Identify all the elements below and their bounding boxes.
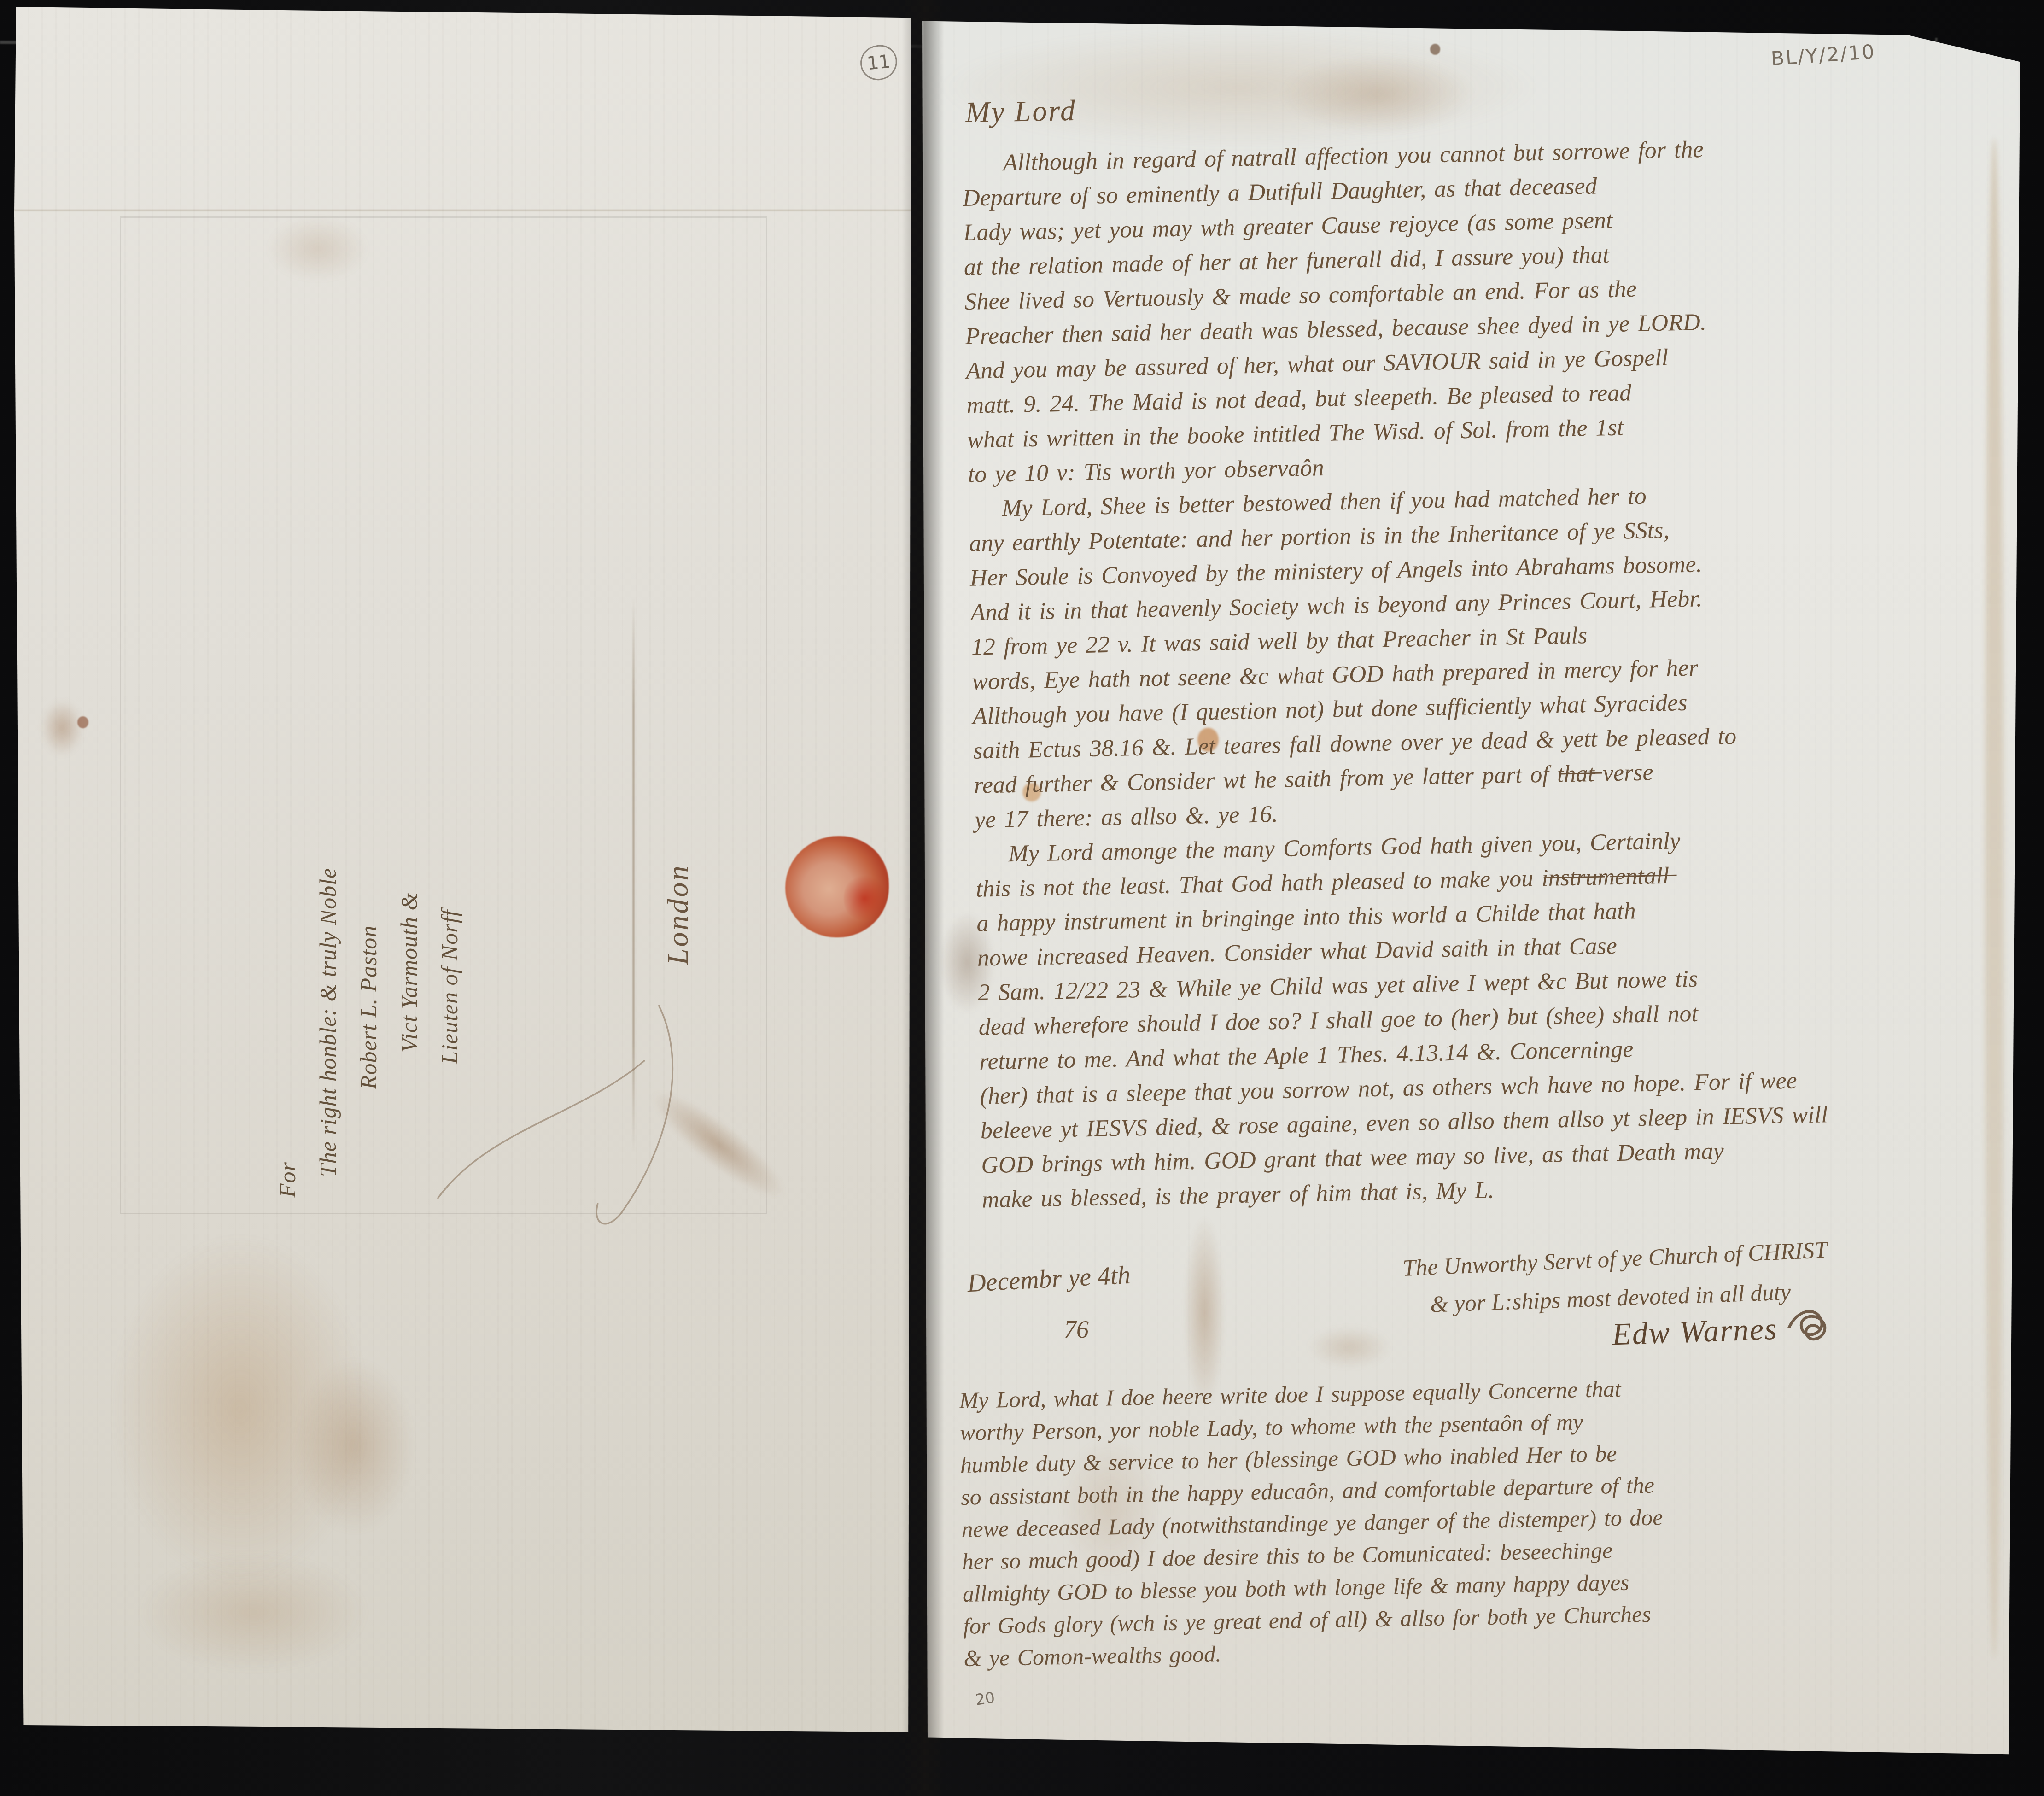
pencil-number-20: 20: [974, 1688, 996, 1708]
address-line: Vict Yarmouth &: [389, 594, 429, 1202]
stain: [77, 716, 88, 728]
folio-number-text: 11: [866, 51, 891, 74]
stain: [41, 700, 83, 755]
salutation: My Lord: [965, 94, 1076, 129]
signature-text: Edw Warnes: [1612, 1310, 1778, 1352]
fold-crease: [632, 599, 635, 1152]
folio-number-circled: 11: [858, 43, 899, 82]
address-block: ForThe right honble: & truly NobleRobert…: [267, 594, 470, 1202]
address-line: The right honble: & truly Noble: [308, 594, 348, 1202]
stain: [1280, 55, 1474, 134]
fold-crease: [14, 210, 912, 211]
stain: [295, 1359, 415, 1534]
address-line: Lieuten of Norff: [429, 594, 470, 1202]
dateline-month: Decembr ye 4th: [967, 1260, 1131, 1298]
stain: [138, 1552, 368, 1672]
stain: [1308, 1327, 1391, 1368]
archive-reference-pencil: BL/Y/2/10: [1770, 40, 1876, 70]
address-line: For: [267, 594, 308, 1202]
postscript-block: My Lord, what I doe heere write doe I su…: [959, 1366, 2023, 1674]
closing-line-1: The Unworthy Servt of ye Church of CHRIS…: [1402, 1237, 1828, 1282]
signature-flourish-knot: [1783, 1304, 1835, 1351]
photograph-background: 11 ForThe right honble: & truly NobleRob…: [0, 0, 2044, 1796]
letter-page: BL/Y/2/10 My Lord Allthough in regard of…: [922, 18, 2023, 1756]
destination-london: London: [661, 629, 735, 965]
red-wax-seal: [785, 836, 889, 937]
stain: [267, 216, 368, 281]
signature-edw-warnes: Edw Warnes: [1611, 1304, 1835, 1357]
dateline-year: 76: [1064, 1315, 1089, 1344]
letter-body: Allthough in regard of natrall affection…: [962, 126, 2044, 1217]
stain: [1430, 44, 1440, 55]
address-leaf-page: 11 ForThe right honble: & truly NobleRob…: [14, 6, 912, 1732]
address-line: Robert L. Paston: [348, 594, 389, 1202]
